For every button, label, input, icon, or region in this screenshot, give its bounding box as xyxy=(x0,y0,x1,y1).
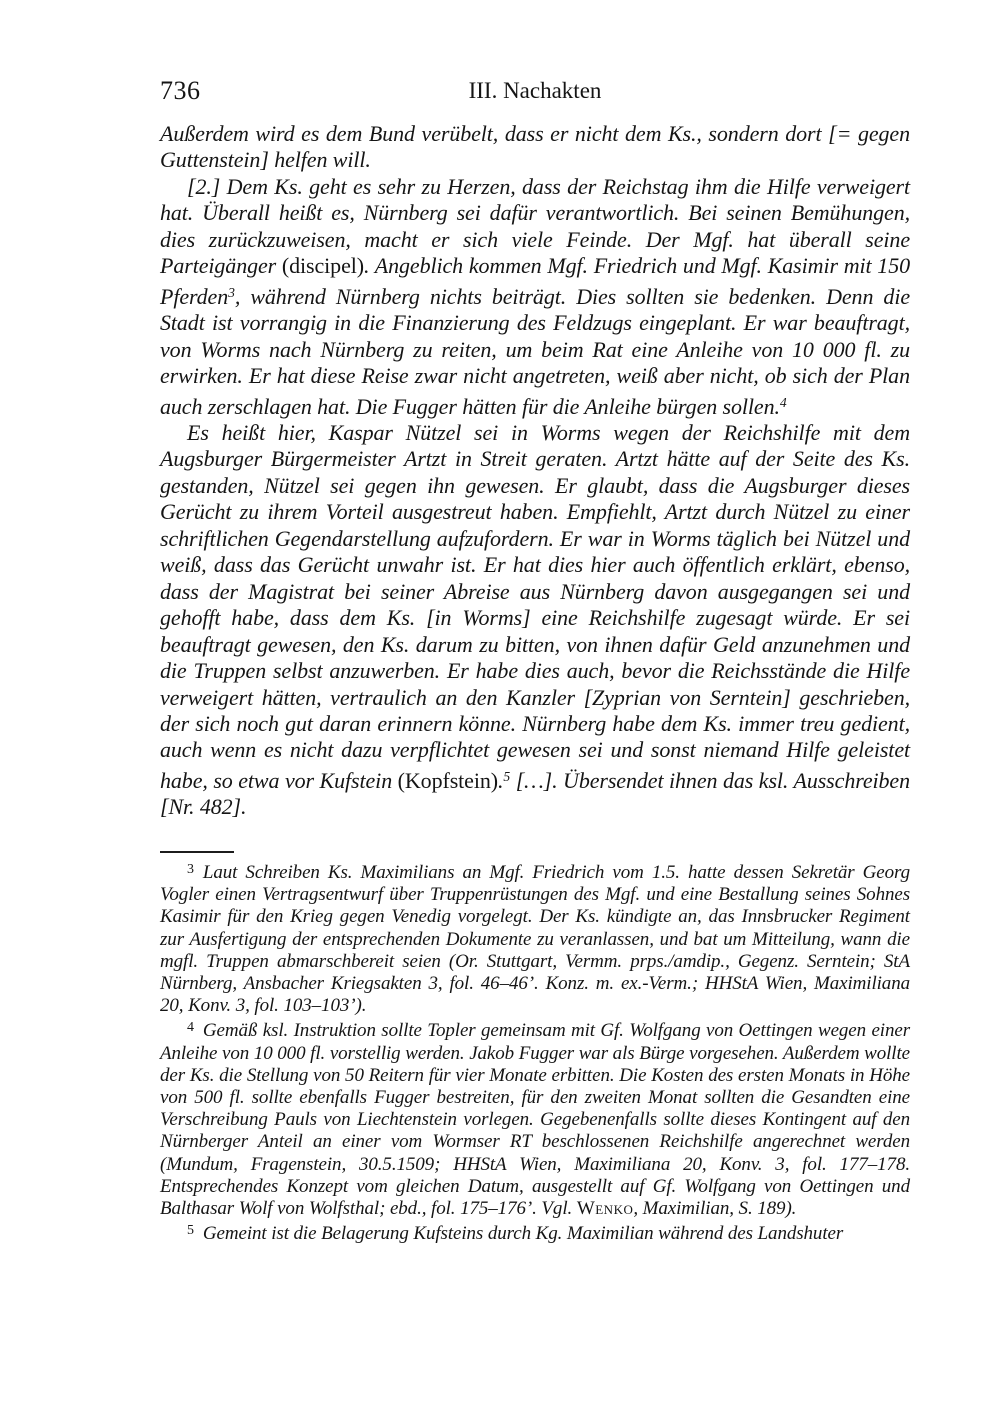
footnote-marker: 3 xyxy=(187,862,203,877)
text-run: (discipel) xyxy=(282,253,364,278)
text-run: Wenko xyxy=(577,1198,634,1219)
running-title: III. Nachakten xyxy=(160,78,910,104)
main-text-block: Außerdem wird es dem Bund verübelt, dass… xyxy=(160,121,910,821)
text-run: 4 xyxy=(780,395,787,410)
book-page: 736 III. Nachakten Außerdem wird es dem … xyxy=(0,0,1004,1418)
footnote-marker: 5 xyxy=(187,1223,203,1238)
text-run: Laut Schreiben Ks. Maximilians an Mgf. F… xyxy=(160,862,910,1016)
text-run: , Maximilian, S. 189). xyxy=(633,1198,796,1219)
footnote-marker: 4 xyxy=(187,1020,203,1035)
text-run: Es heißt hier, Kaspar Nützel sei in Worm… xyxy=(160,420,910,793)
text-run: , während Nürnberg nichts beiträgt. Dies… xyxy=(160,284,910,419)
text-run: Gemeint ist die Belagerung Kufsteins dur… xyxy=(203,1223,843,1244)
text-run: Außerdem wird es dem Bund verübelt, dass… xyxy=(160,121,910,172)
text-run: (Kopfstein) xyxy=(398,768,498,793)
footnote: 3Laut Schreiben Ks. Maximilians an Mgf. … xyxy=(160,859,910,1017)
page-header: 736 III. Nachakten xyxy=(160,76,910,106)
text-run: Gemäß ksl. Instruktion sollte Topler gem… xyxy=(160,1020,910,1219)
footnote: 4Gemäß ksl. Instruktion sollte Topler ge… xyxy=(160,1017,910,1220)
body-paragraph: Außerdem wird es dem Bund verübelt, dass… xyxy=(160,121,910,174)
text-run: 3 xyxy=(228,285,235,300)
body-paragraph: Es heißt hier, Kaspar Nützel sei in Worm… xyxy=(160,420,910,821)
footnote-separator-rule xyxy=(160,851,234,853)
footnotes-block: 3Laut Schreiben Ks. Maximilians an Mgf. … xyxy=(160,859,910,1245)
body-paragraph: [2.] Dem Ks. geht es sehr zu Herzen, das… xyxy=(160,174,910,420)
footnote: 5Gemeint ist die Belagerung Kufsteins du… xyxy=(160,1220,910,1245)
